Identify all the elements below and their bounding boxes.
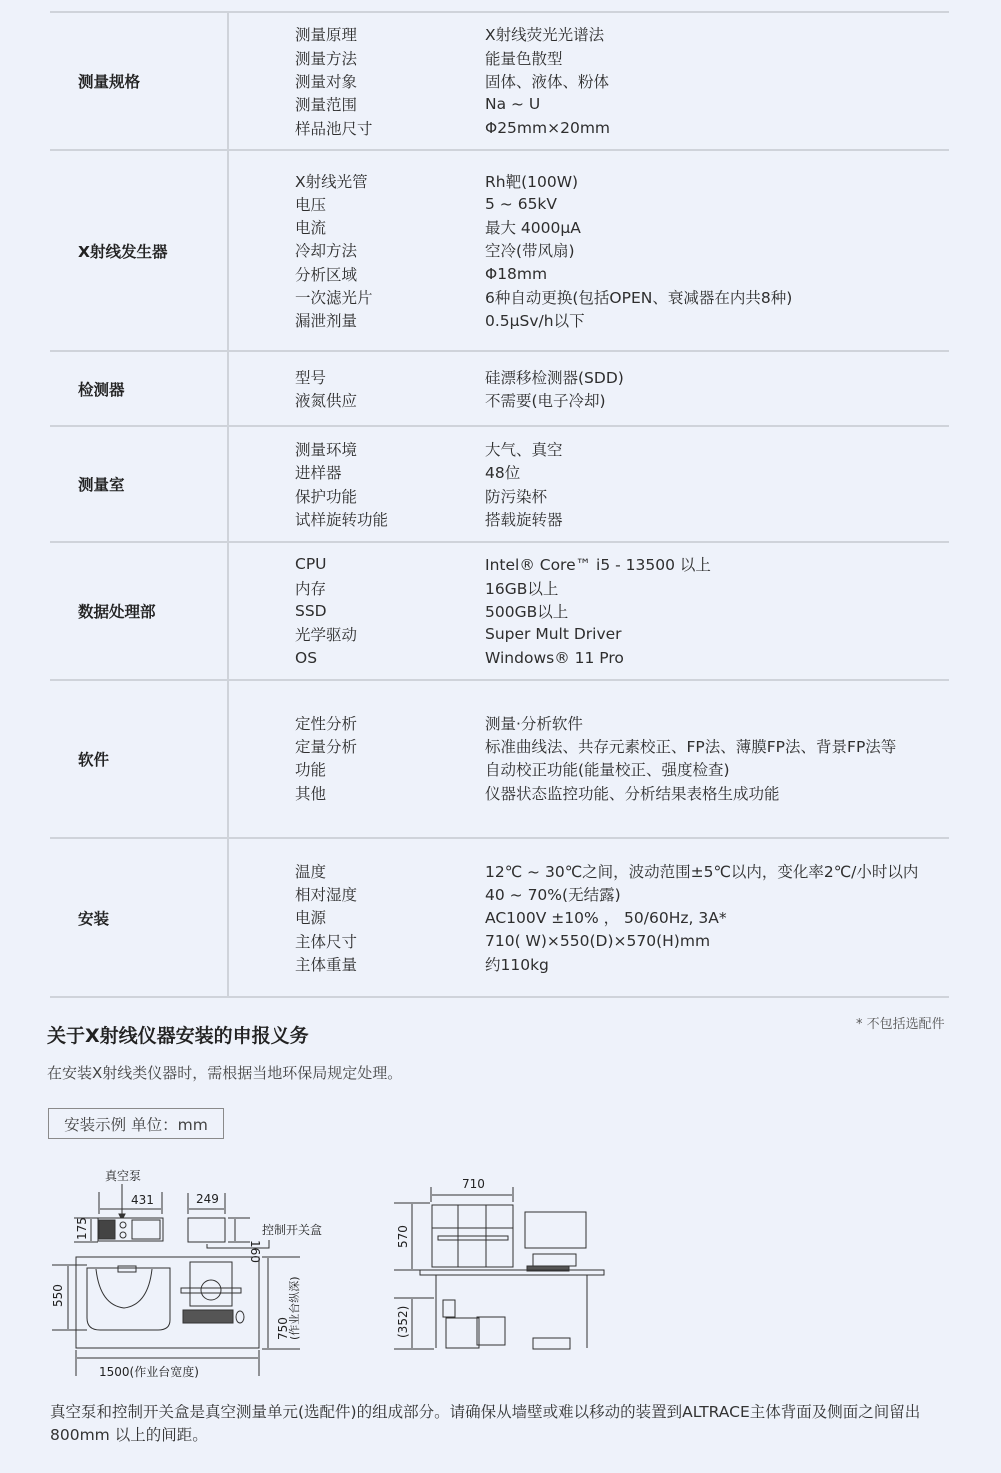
under-table-height: (352) — [396, 1306, 410, 1338]
table-width: 1500(作业台宽度) — [99, 1364, 199, 1379]
control-box-depth: 160 — [248, 1240, 262, 1263]
installation-note: 真空泵和控制开关盒是真空测量单元(选配件)的组成部分。请确保从墙壁或难以移动的装… — [50, 1401, 960, 1447]
vacuum-pump-width: 431 — [131, 1193, 154, 1207]
vacuum-pump-label: 真空泵 — [105, 1168, 141, 1183]
control-box-width: 249 — [196, 1192, 219, 1206]
installation-diagram: 真空泵 431 175 249 160 控制开关盒 — [0, 0, 1001, 1473]
table-depth-label: (作业台纵深) — [287, 1276, 301, 1340]
vacuum-pump-depth: 175 — [75, 1217, 89, 1240]
vacuum-pump-top-view: 真空泵 431 175 — [74, 1168, 163, 1242]
main-depth: 550 — [51, 1284, 65, 1307]
workbench-top-view: 550 750 (作业台纵深) 1500(作业台宽度) — [51, 1257, 301, 1379]
main-width-front: 710 — [462, 1177, 485, 1191]
workbench-front-view: 710 570 (352) — [394, 1177, 604, 1349]
control-box-top-view: 249 160 控制开关盒 — [188, 1192, 322, 1263]
control-box-label: 控制开关盒 — [262, 1222, 322, 1237]
main-height-front: 570 — [396, 1225, 410, 1248]
